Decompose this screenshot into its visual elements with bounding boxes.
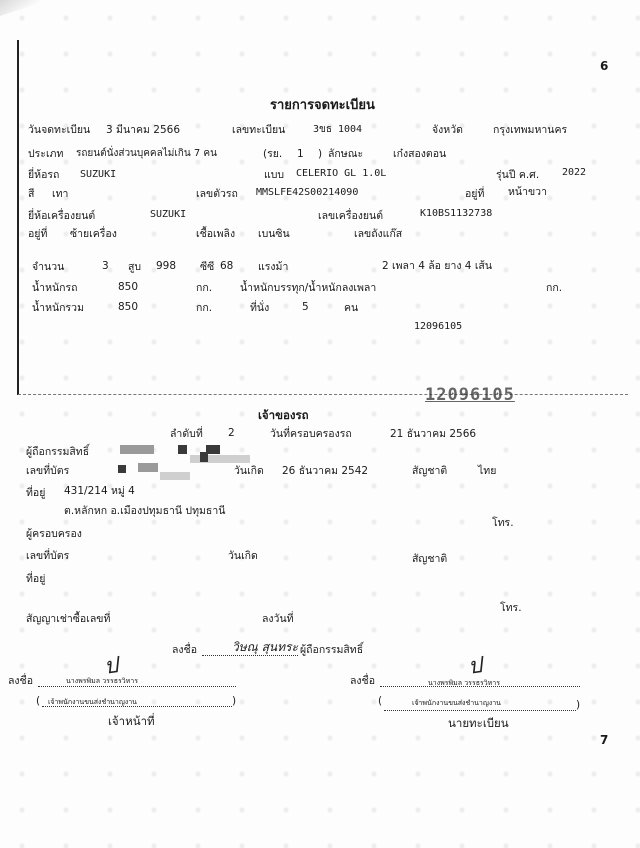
load-weight-unit: กก. xyxy=(546,283,562,294)
holder-sign-line xyxy=(202,655,298,656)
color: เทา xyxy=(52,189,68,200)
registrar-title-line xyxy=(384,710,576,711)
stamp-number: 12096105 xyxy=(425,385,515,405)
horsepower-label: แรงม้า xyxy=(258,262,288,273)
address-label: ที่อยู่ xyxy=(26,488,45,499)
weight-label: น้ำหนักรถ xyxy=(32,283,78,294)
possessor-label: ผู้ครอบครอง xyxy=(26,529,82,540)
province: กรุงเทพมหานคร xyxy=(493,125,567,136)
possessor-nationality-label: สัญชาติ xyxy=(412,554,447,565)
fuel: เบนซิน xyxy=(258,229,290,240)
body-style: เก๋งสองตอน xyxy=(393,149,446,160)
nationality-label: สัญชาติ xyxy=(412,466,447,477)
reg-date-label: วันจดทะเบียน xyxy=(28,125,90,136)
registrar-title: เจ้าพนักงานขนส่งชำนาญงาน xyxy=(412,700,501,707)
owner-phone-label: โทร. xyxy=(492,518,514,529)
brand-label: ยี่ห้อรถ xyxy=(28,170,59,181)
page-number-bottom: 7 xyxy=(600,734,608,746)
engine-brand-label: ยี่ห้อเครื่องยนต์ xyxy=(28,211,95,222)
engine-no-label: เลขเครื่องยนต์ xyxy=(318,211,383,222)
possessor-id-label: เลขที่บัตร xyxy=(26,551,69,562)
cylinders-label: จำนวน xyxy=(32,262,64,273)
holder-sign-label: ลงชื่อ xyxy=(172,645,197,656)
plate: 3ขธ 1004 xyxy=(313,125,362,135)
officer-title-line xyxy=(42,706,232,707)
redacted-id-number xyxy=(118,465,126,473)
load-weight-label: น้ำหนักบรรทุก/น้ำหนักลงเพลา xyxy=(240,283,376,294)
model-year: 2022 xyxy=(562,168,586,178)
color-label: สี xyxy=(28,189,34,200)
officer-paren-open: ( xyxy=(36,696,40,707)
registrar-paren-open: ( xyxy=(378,696,382,707)
possessor-dob-label: วันเกิด xyxy=(228,551,258,562)
vehicle-weight: 850 xyxy=(118,282,138,293)
vin-location-label: อยู่ที่ xyxy=(465,189,484,200)
cylinders: 3 xyxy=(102,261,109,272)
registration-title: รายการจดทะเบียน xyxy=(270,99,375,112)
fuel-label: เชื้อเพลิง xyxy=(196,229,235,240)
sequence-label: ลำดับที่ xyxy=(170,429,203,440)
gross-weight-label: น้ำหนักรวม xyxy=(32,303,84,314)
seats-unit: คน xyxy=(344,303,358,314)
address-line-1: 431/214 หมู่ 4 xyxy=(64,486,135,497)
plate-label: เลขทะเบียน xyxy=(232,125,285,136)
id-label: เลขที่บัตร xyxy=(26,466,69,477)
officer-sign-line xyxy=(38,686,236,687)
section-separator xyxy=(18,394,628,395)
registration-document-page: 6 รายการจดทะเบียน วันจดทะเบียน 3 มีนาคม … xyxy=(0,0,640,848)
type-label: ประเภท xyxy=(28,149,63,160)
engine-location-label: อยู่ที่ xyxy=(28,229,47,240)
registrar-sign-label: ลงชื่อ xyxy=(350,676,375,687)
redaction-block xyxy=(190,455,250,463)
redaction-block xyxy=(178,445,187,454)
cc-label: ซีซี xyxy=(200,262,214,273)
dob-label: วันเกิด xyxy=(234,466,264,477)
type-code: 1 xyxy=(297,149,304,160)
lease-number-label: สัญญาเช่าซื้อเลขที่ xyxy=(26,614,110,625)
registrar-paren-close: ) xyxy=(576,700,580,711)
registrar-name: นางพรพิมล วรรธรวิหาร xyxy=(428,680,500,687)
nationality: ไทย xyxy=(478,466,496,477)
body-label: ลักษณะ xyxy=(328,149,363,160)
registrar-role: นายทะเบียน xyxy=(448,718,509,730)
redaction-block xyxy=(206,445,220,454)
vin-location: หน้าขวา xyxy=(508,187,547,198)
gross-weight: 850 xyxy=(118,302,138,313)
officer-role: เจ้าหน้าที่ xyxy=(108,716,155,728)
holder-label: ผู้ถือกรรมสิทธิ์ xyxy=(26,447,89,458)
brand: SUZUKI xyxy=(80,170,116,180)
officer-sign-label: ลงชื่อ xyxy=(8,676,33,687)
document-code: 12096105 xyxy=(414,322,462,332)
officer-paren-close: ) xyxy=(232,696,236,707)
vin-label: เลขตัวรถ xyxy=(196,189,238,200)
engine-brand: SUZUKI xyxy=(150,210,186,220)
type-code-close: ) xyxy=(318,149,322,160)
possessor-address-label: ที่อยู่ xyxy=(26,574,45,585)
type-code-open: (รย. xyxy=(263,149,282,160)
sequence: 2 xyxy=(228,428,235,439)
address-line-2: ต.หลักหก อ.เมืองปทุมธานี ปทุมธานี xyxy=(64,506,225,517)
province-label: จังหวัด xyxy=(432,125,463,136)
engine-number: K10BS1132738 xyxy=(420,209,492,219)
page-number-top: 6 xyxy=(600,60,608,72)
year-label: รุ่นปี ค.ศ. xyxy=(496,170,539,181)
possession-date-label: วันที่ครอบครองรถ xyxy=(270,429,352,440)
redaction-block xyxy=(200,452,208,462)
model: CELERIO GL 1.0L xyxy=(296,169,386,179)
weight-unit: กก. xyxy=(196,283,212,294)
axles-wheels-tires: 2 เพลา 4 ล้อ ยาง 4 เส้น xyxy=(382,261,492,272)
seats: 5 xyxy=(302,302,309,313)
owner-heading: เจ้าของรถ xyxy=(258,410,309,422)
vin: MMSLFE42S00214090 xyxy=(256,188,358,198)
officer-title: เจ้าพนักงานขนส่งชำนาญงาน xyxy=(48,699,137,706)
engine-location: ซ้ายเครื่อง xyxy=(70,229,117,240)
redaction-block xyxy=(138,463,158,472)
left-border-line xyxy=(17,40,19,395)
officer-name: นางพรพิมล วรรธรวิหาร xyxy=(66,678,138,685)
page-corner xyxy=(0,0,40,16)
cylinders-unit: สูบ xyxy=(128,262,141,273)
horsepower: 68 xyxy=(220,261,233,272)
redacted-holder-name xyxy=(120,445,154,454)
engine-cc: 998 xyxy=(156,261,176,272)
redaction-block xyxy=(160,472,190,480)
holder-role: ผู้ถือกรรมสิทธิ์ xyxy=(300,645,363,656)
date-of-birth: 26 ธันวาคม 2542 xyxy=(282,466,368,477)
vehicle-type: รถยนต์นั่งส่วนบุคคลไม่เกิน 7 คน xyxy=(76,149,217,159)
possession-date: 21 ธันวาคม 2566 xyxy=(390,429,476,440)
possessor-phone-label: โทร. xyxy=(500,603,522,614)
gas-tank-label: เลขถังแก๊ส xyxy=(354,229,402,240)
reg-date: 3 มีนาคม 2566 xyxy=(106,125,180,136)
gross-weight-unit: กก. xyxy=(196,303,212,314)
lease-date-label: ลงวันที่ xyxy=(262,614,294,625)
holder-signature-name: วิษณุ สุนทระ xyxy=(232,641,298,653)
model-label: แบบ xyxy=(264,170,284,181)
seats-label: ที่นั่ง xyxy=(250,303,269,314)
